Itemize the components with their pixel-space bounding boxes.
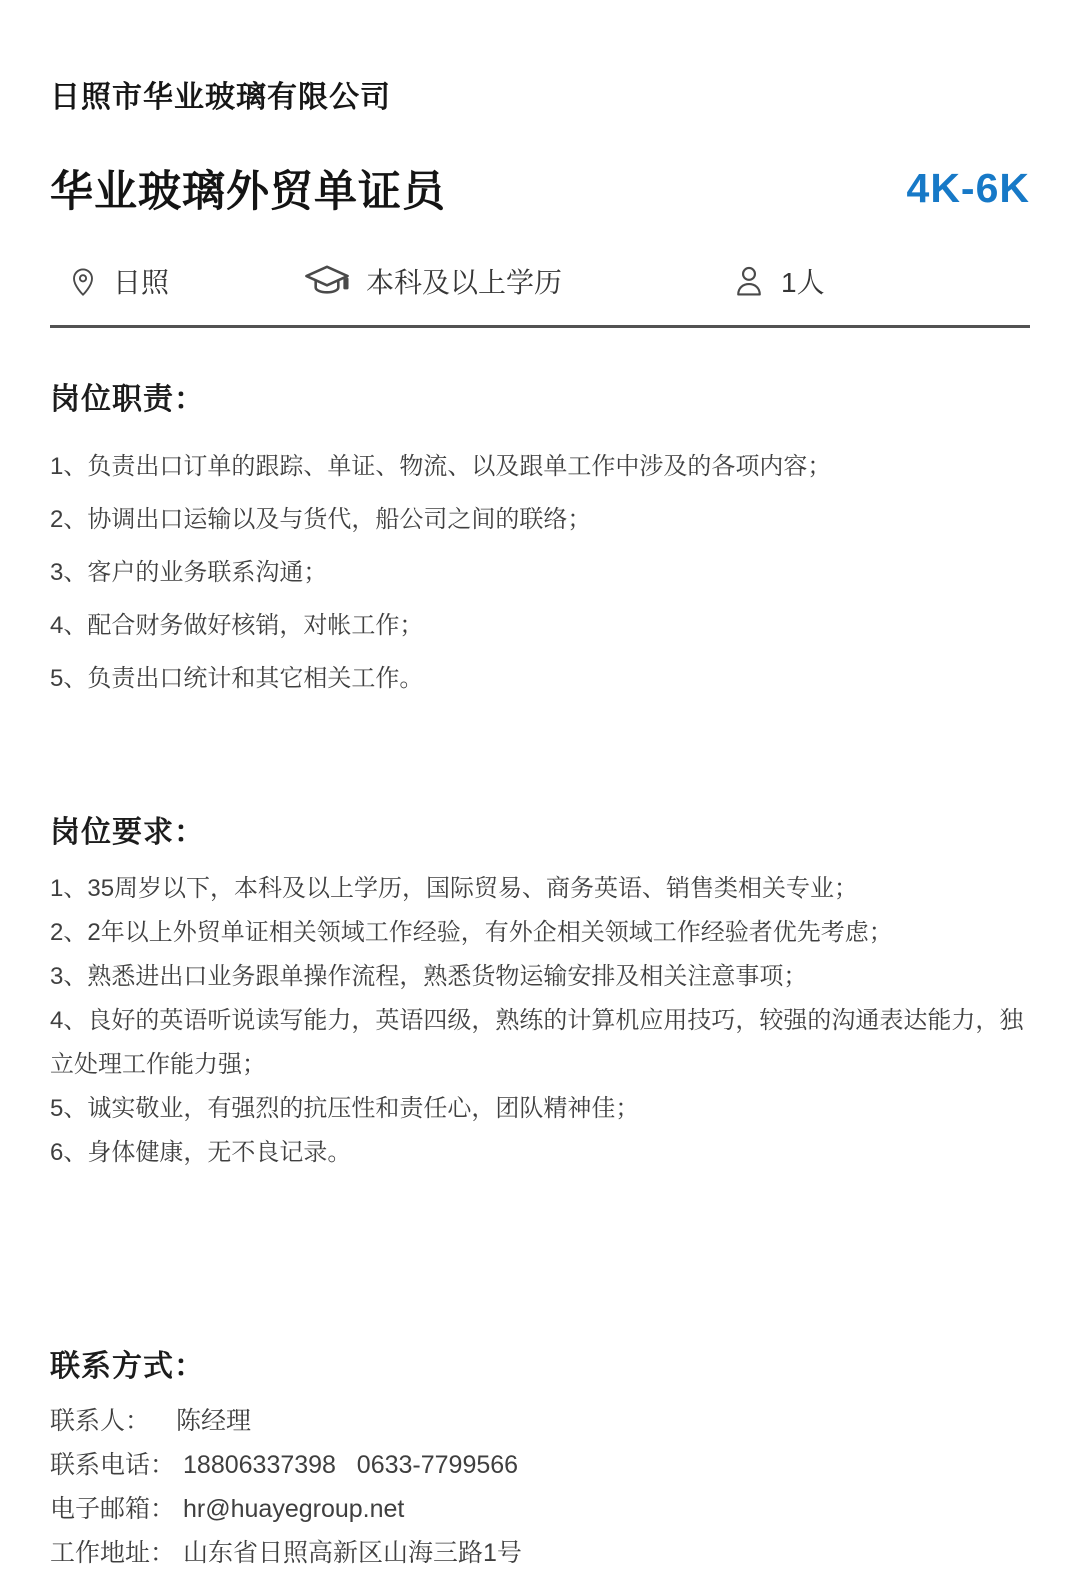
job-meta-row: 日照 本科及以上学历 1人 [50,261,1030,301]
requirement-item: 3、熟悉进出口业务跟单操作流程，熟悉货物运输安排及相关注意事项； [50,955,1030,999]
job-posting-page: 日照市华业玻璃有限公司 华业玻璃外贸单证员 4K-6K 日照 本科 [0,0,1080,1595]
person-icon [732,262,766,300]
contact-section: 联系方式： 联系人： 陈经理 联系电话： 18806337398 0633-77… [50,1341,1030,1575]
company-name: 日照市华业玻璃有限公司 [50,72,1030,116]
meta-headcount: 1人 [732,261,825,301]
headcount-label: 1人 [781,261,825,301]
contact-phone-value: 18806337398 0633-7799566 [183,1443,518,1487]
contact-row-email: 电子邮箱： hr@huayegroup.net [50,1487,1030,1531]
location-pin-icon [68,264,98,298]
requirement-item: 5、诚实敬业，有强烈的抗压性和责任心，团队精神佳； [50,1087,1030,1131]
requirement-item: 4、良好的英语听说读写能力，英语四级，熟练的计算机应用技巧，较强的沟通表达能力，… [50,999,1030,1087]
responsibility-item: 3、客户的业务联系沟通； [50,546,1030,599]
meta-location: 日照 [68,261,169,301]
responsibility-item: 2、协调出口运输以及与货代，船公司之间的联络； [50,493,1030,546]
requirement-item: 6、身体健康，无不良记录。 [50,1131,1030,1175]
divider [50,325,1030,328]
contact-address-label: 工作地址： [50,1531,175,1575]
title-row: 华业玻璃外贸单证员 4K-6K [50,158,1030,219]
graduation-cap-icon [303,262,351,300]
contact-row-address: 工作地址： 山东省日照高新区山海三路1号 [50,1531,1030,1575]
contact-heading: 联系方式： [50,1341,1030,1385]
requirements-heading: 岗位要求： [50,807,1030,851]
requirement-item: 1、35周岁以下，本科及以上学历，国际贸易、商务英语、销售类相关专业； [50,867,1030,911]
salary-range: 4K-6K [907,165,1030,212]
responsibilities-heading: 岗位职责： [50,374,1030,418]
requirements-list: 1、35周岁以下，本科及以上学历，国际贸易、商务英语、销售类相关专业； 2、2年… [50,867,1030,1175]
responsibility-item: 5、负责出口统计和其它相关工作。 [50,652,1030,705]
contact-rows: 联系人： 陈经理 联系电话： 18806337398 0633-7799566 … [50,1399,1030,1575]
contact-person-value: 陈经理 [176,1399,251,1443]
requirements-section: 岗位要求： 1、35周岁以下，本科及以上学历，国际贸易、商务英语、销售类相关专业… [50,807,1030,1175]
contact-person-label: 联系人： [50,1399,150,1443]
responsibilities-section: 岗位职责： 1、负责出口订单的跟踪、单证、物流、以及跟单工作中涉及的各项内容； … [50,374,1030,705]
responsibility-item: 4、配合财务做好核销，对帐工作； [50,599,1030,652]
education-label: 本科及以上学历 [366,261,562,301]
responsibilities-list: 1、负责出口订单的跟踪、单证、物流、以及跟单工作中涉及的各项内容； 2、协调出口… [50,440,1030,705]
contact-email-value: hr@huayegroup.net [183,1487,404,1531]
contact-row-person: 联系人： 陈经理 [50,1399,1030,1443]
contact-phone-label: 联系电话： [50,1443,175,1487]
location-label: 日照 [113,261,169,301]
responsibility-item: 1、负责出口订单的跟踪、单证、物流、以及跟单工作中涉及的各项内容； [50,440,1030,493]
meta-education: 本科及以上学历 [303,261,562,301]
job-title: 华业玻璃外贸单证员 [50,158,446,219]
contact-address-value: 山东省日照高新区山海三路1号 [183,1531,522,1575]
requirement-item: 2、2年以上外贸单证相关领域工作经验，有外企相关领域工作经验者优先考虑； [50,911,1030,955]
contact-email-label: 电子邮箱： [50,1487,175,1531]
contact-row-phone: 联系电话： 18806337398 0633-7799566 [50,1443,1030,1487]
